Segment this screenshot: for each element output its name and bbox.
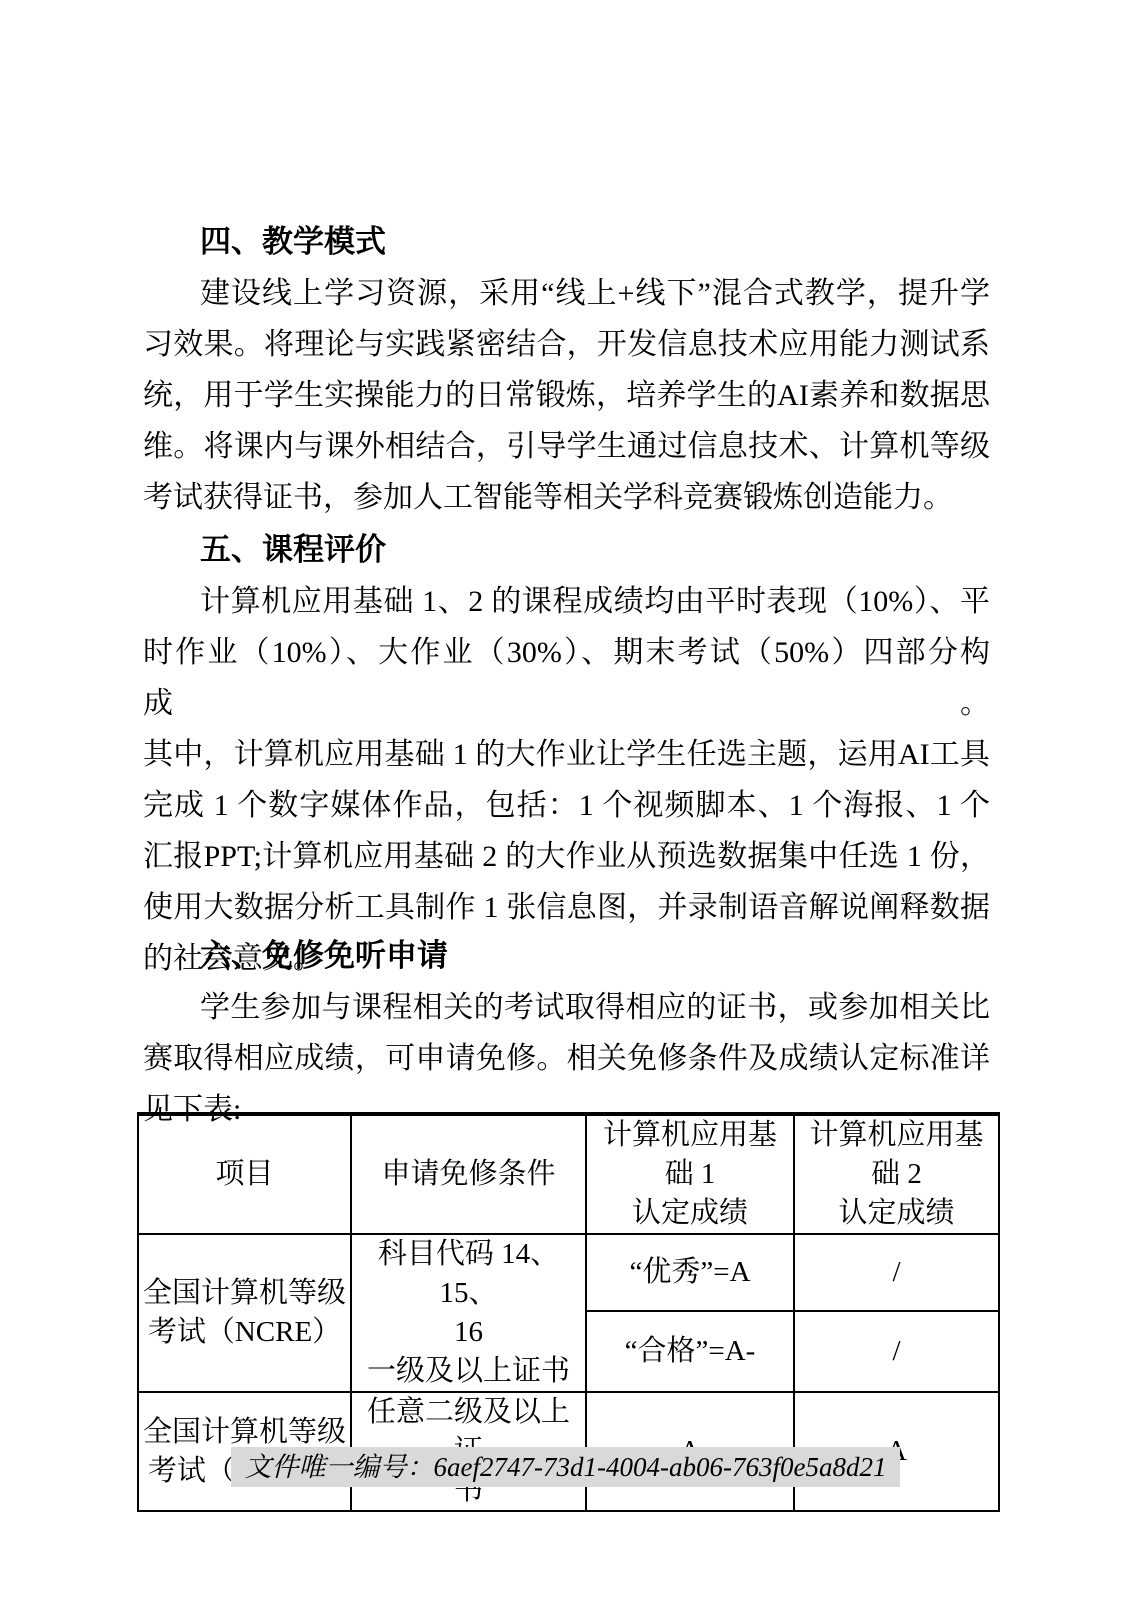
- table-row: 全国计算机等级 考试（NCRE） 科目代码 14、15、 16 一级及以上证书 …: [138, 1234, 999, 1311]
- paragraph-line: 时作业（10%）、大作业（30%）、期末考试（50%）四部分构成。: [143, 627, 990, 729]
- paragraph-line: 建设线上学习资源，采用“线上+线下”混合式教学，提升学: [143, 268, 990, 319]
- paragraph-line: 其中，计算机应用基础 1 的大作业让学生任选主题，运用AI工具: [143, 729, 990, 780]
- header-cell-condition: 申请免修条件: [351, 1114, 586, 1234]
- header-cell-project: 项目: [138, 1114, 351, 1234]
- section-heading-teaching-mode: 四、教学模式: [143, 216, 990, 268]
- paragraph-line: 使用大数据分析工具制作 1 张信息图，并录制语音解说阐释数据: [143, 882, 990, 933]
- cell-grade-excellent: “优秀”=A: [586, 1234, 794, 1311]
- cell-grade-slash: /: [794, 1234, 999, 1311]
- cell-grade-slash: /: [794, 1311, 999, 1392]
- paragraph-teaching-mode: 建设线上学习资源，采用“线上+线下”混合式教学，提升学 习效果。将理论与实践紧密…: [143, 268, 990, 523]
- cell-project-ncre-level1: 全国计算机等级 考试（NCRE）: [138, 1234, 351, 1392]
- section-heading-exemption-application: 六、免修免听申请: [143, 930, 990, 982]
- paragraph-line: 习效果。将理论与实践紧密结合，开发信息技术应用能力测试系: [143, 319, 990, 370]
- header-cell-basic1-grade: 计算机应用基 础 1 认定成绩: [586, 1114, 794, 1234]
- cell-condition-ncre-level1: 科目代码 14、15、 16 一级及以上证书: [351, 1234, 586, 1392]
- paragraph-line: 维。将课内与课外相结合，引导学生通过信息技术、计算机等级: [143, 421, 990, 472]
- paragraph-line: 赛取得相应成绩，可申请免修。相关免修条件及成绩认定标准详: [143, 1033, 990, 1084]
- header-cell-basic2-grade: 计算机应用基 础 2 认定成绩: [794, 1114, 999, 1234]
- paragraph-line: 统，用于学生实操能力的日常锻炼，培养学生的AI素养和数据思: [143, 370, 990, 421]
- paragraph-line: 汇报PPT;计算机应用基础 2 的大作业从预选数据集中任选 1 份，: [143, 831, 990, 882]
- paragraph-line: 考试获得证书，参加人工智能等相关学科竞赛锻炼创造能力。: [143, 472, 990, 523]
- paragraph-line: 计算机应用基础 1、2 的课程成绩均由平时表现（10%）、平: [143, 576, 990, 627]
- paragraph-course-evaluation: 计算机应用基础 1、2 的课程成绩均由平时表现（10%）、平 时作业（10%）、…: [143, 576, 990, 984]
- section-heading-course-evaluation: 五、课程评价: [143, 524, 990, 576]
- table-header-row: 项目 申请免修条件 计算机应用基 础 1 认定成绩 计算机应用基 础 2 认定成…: [138, 1114, 999, 1234]
- document-id-footer: 文件唯一编号：6aef2747-73d1-4004-ab06-763f0e5a8…: [231, 1447, 901, 1487]
- paragraph-line: 学生参加与课程相关的考试取得相应的证书，或参加相关比: [143, 982, 990, 1033]
- paragraph-line: 完成 1 个数字媒体作品，包括：1 个视频脚本、1 个海报、1 个: [143, 780, 990, 831]
- cell-grade-pass: “合格”=A-: [586, 1311, 794, 1392]
- document-page: 四、教学模式 建设线上学习资源，采用“线上+线下”混合式教学，提升学 习效果。将…: [0, 0, 1131, 1600]
